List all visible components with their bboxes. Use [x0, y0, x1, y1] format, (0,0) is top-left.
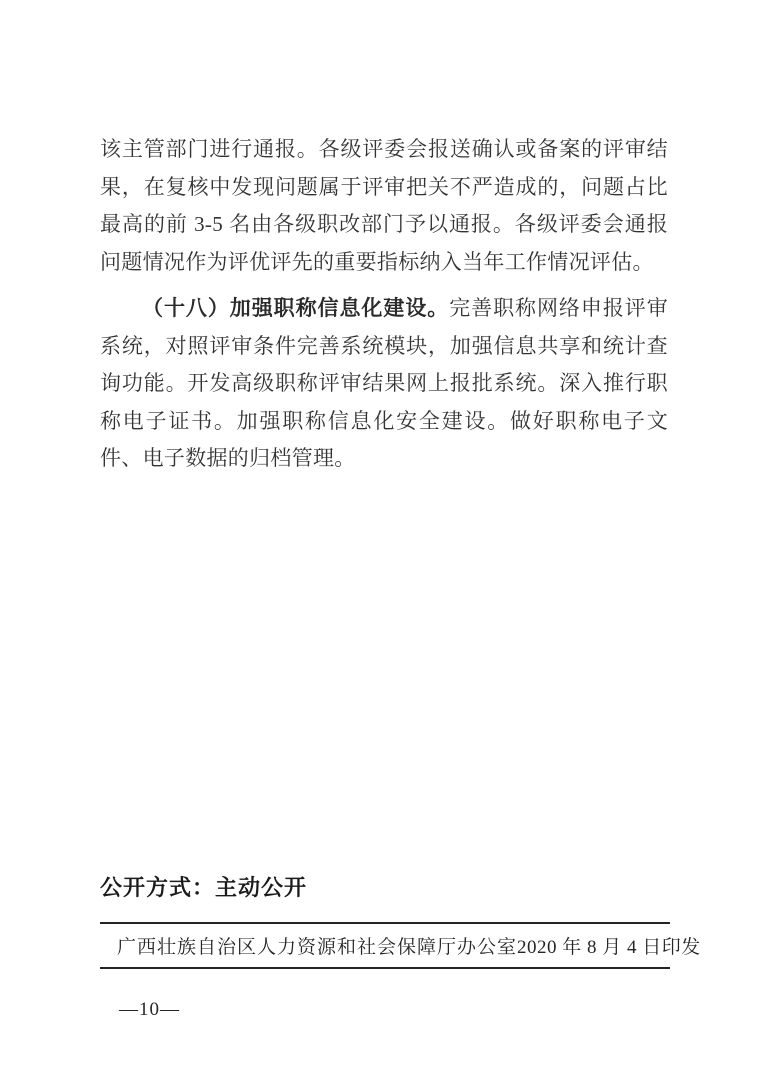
page-number: —10— — [119, 999, 180, 1021]
section-18-text: 完善职称网络申报评审系统，对照评审条件完善系统模块，加强信息共享和统计查询功能。… — [100, 296, 668, 470]
publicity-method-label: 公开方式：主动公开 — [100, 871, 307, 902]
print-date: 2020 年 8 月 4 日印发 — [517, 932, 701, 959]
issuing-office: 广西壮族自治区人力资源和社会保障厅办公室 — [117, 932, 517, 959]
document-body: 该主管部门进行通报。各级评委会报送确认或备案的评审结果，在复核中发现问题属于评审… — [100, 131, 668, 478]
body-paragraph-2: （十八）加强职称信息化建设。完善职称网络申报评审系统，对照评审条件完善系统模块，… — [100, 290, 668, 478]
section-heading-18: （十八）加强职称信息化建设。 — [142, 296, 449, 320]
body-paragraph-1: 该主管部门进行通报。各级评委会报送确认或备案的评审结果，在复核中发现问题属于评审… — [100, 131, 668, 281]
colophon: 广西壮族自治区人力资源和社会保障厅办公室 2020 年 8 月 4 日印发 — [100, 922, 670, 969]
document-page: 该主管部门进行通报。各级评委会报送确认或备案的评审结果，在复核中发现问题属于评审… — [0, 0, 763, 1078]
